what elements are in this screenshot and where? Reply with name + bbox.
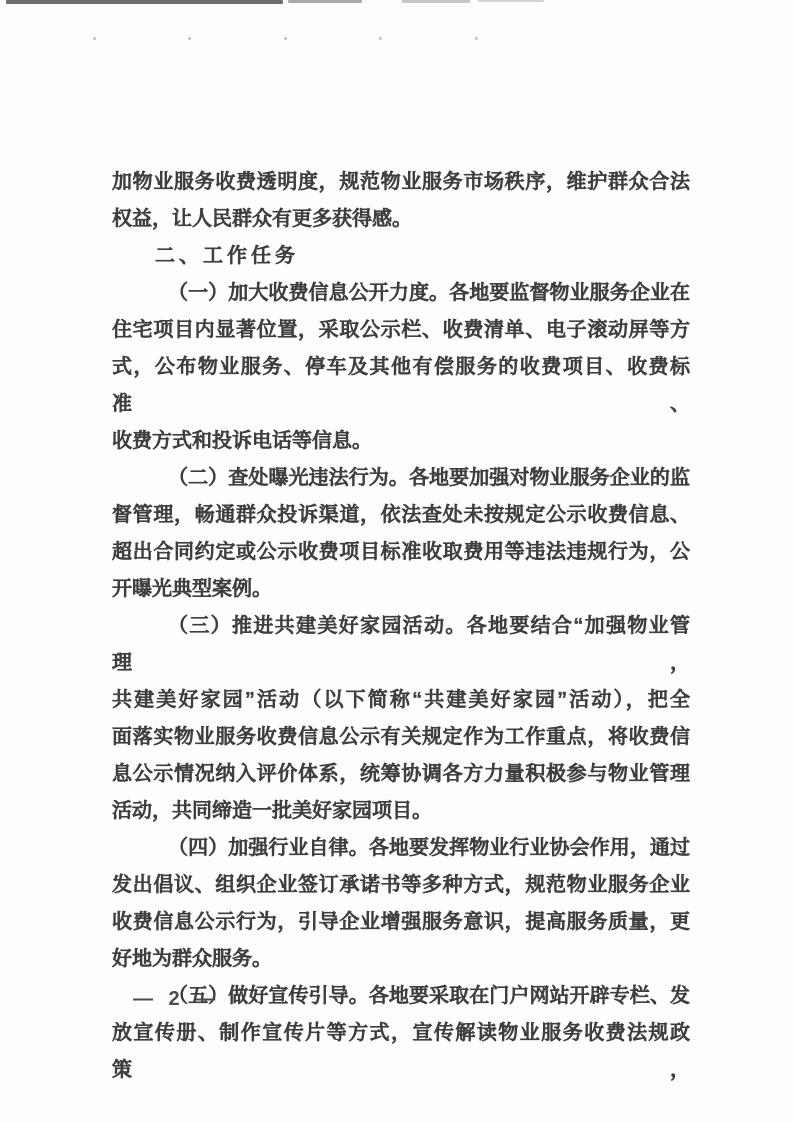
text-line: 收费信息公示行为，引导企业增强服务意识，提高服务质量，更	[112, 904, 690, 941]
text-line: 面落实物业服务收费信息公示有关规定作为工作重点，将收费信	[112, 719, 690, 756]
para-item-2: （二）查处曝光违法行为。各地要加强对物业服务企业的监督管理，畅通群众投诉渠道，依…	[112, 460, 690, 608]
para-intro-continuation: 加物业服务收费透明度，规范物业服务市场秩序，维护群众合法权益，让人民群众有更多获…	[112, 164, 690, 238]
para-item-1: （一）加大收费信息公开力度。各地要监督物业服务企业在住宅项目内显著位置，采取公示…	[112, 275, 690, 460]
document-page: 加物业服务收费透明度，规范物业服务市场秩序，维护群众合法权益，让人民群众有更多获…	[0, 0, 793, 1122]
text-line: 共建美好家园”活动（以下简称“共建美好家园”活动），把全	[112, 682, 690, 719]
text-line: 开曝光典型案例。	[112, 571, 690, 608]
text-line: （四）加强行业自律。各地要发挥物业行业协会作用，通过	[112, 830, 690, 867]
text-line: 权益，让人民群众有更多获得感。	[112, 201, 690, 238]
text-line: （一）加大收费信息公开力度。各地要监督物业服务企业在	[112, 275, 690, 312]
text-line: 收费方式和投诉电话等信息。	[112, 423, 690, 460]
text-line: （三）推进共建美好家园活动。各地要结合“加强物业管理，	[112, 608, 690, 682]
para-item-3: （三）推进共建美好家园活动。各地要结合“加强物业管理，共建美好家园”活动（以下简…	[112, 608, 690, 830]
heading-section-2: 二、工作任务	[112, 238, 690, 275]
text-line: 活动，共同缔造一批美好家园项目。	[112, 793, 690, 830]
text-line: 发出倡议、组织企业签订承诺书等多种方式，规范物业服务企业	[112, 867, 690, 904]
text-line: 好地为群众服务。	[112, 941, 690, 978]
text-line: 式，公布物业服务、停车及其他有偿服务的收费项目、收费标准、	[112, 349, 690, 423]
text-line: 息公示情况纳入评价体系，统筹协调各方力量积极参与物业管理	[112, 756, 690, 793]
para-item-4: （四）加强行业自律。各地要发挥物业行业协会作用，通过发出倡议、组织企业签订承诺书…	[112, 830, 690, 978]
text-line: 放宣传册、制作宣传片等方式，宣传解读物业服务收费法规政策，	[112, 1015, 690, 1089]
scan-artifact-dots	[0, 37, 793, 41]
text-line: 督管理，畅通群众投诉渠道，依法查处未按规定公示收费信息、	[112, 497, 690, 534]
text-line: 超出合同约定或公示收费项目标准收取费用等违法违规行为，公	[112, 534, 690, 571]
text-line: 住宅项目内显著位置，采取公示栏、收费清单、电子滚动屏等方	[112, 312, 690, 349]
text-line: 加物业服务收费透明度，规范物业服务市场秩序，维护群众合法	[112, 164, 690, 201]
page-number: — 2 —	[133, 988, 216, 1011]
scan-artifact-top-edge	[0, 0, 793, 6]
section-heading-line: 二、工作任务	[112, 238, 690, 275]
text-line: （二）查处曝光违法行为。各地要加强对物业服务企业的监	[112, 460, 690, 497]
document-body: 加物业服务收费透明度，规范物业服务市场秩序，维护群众合法权益，让人民群众有更多获…	[112, 164, 690, 1089]
